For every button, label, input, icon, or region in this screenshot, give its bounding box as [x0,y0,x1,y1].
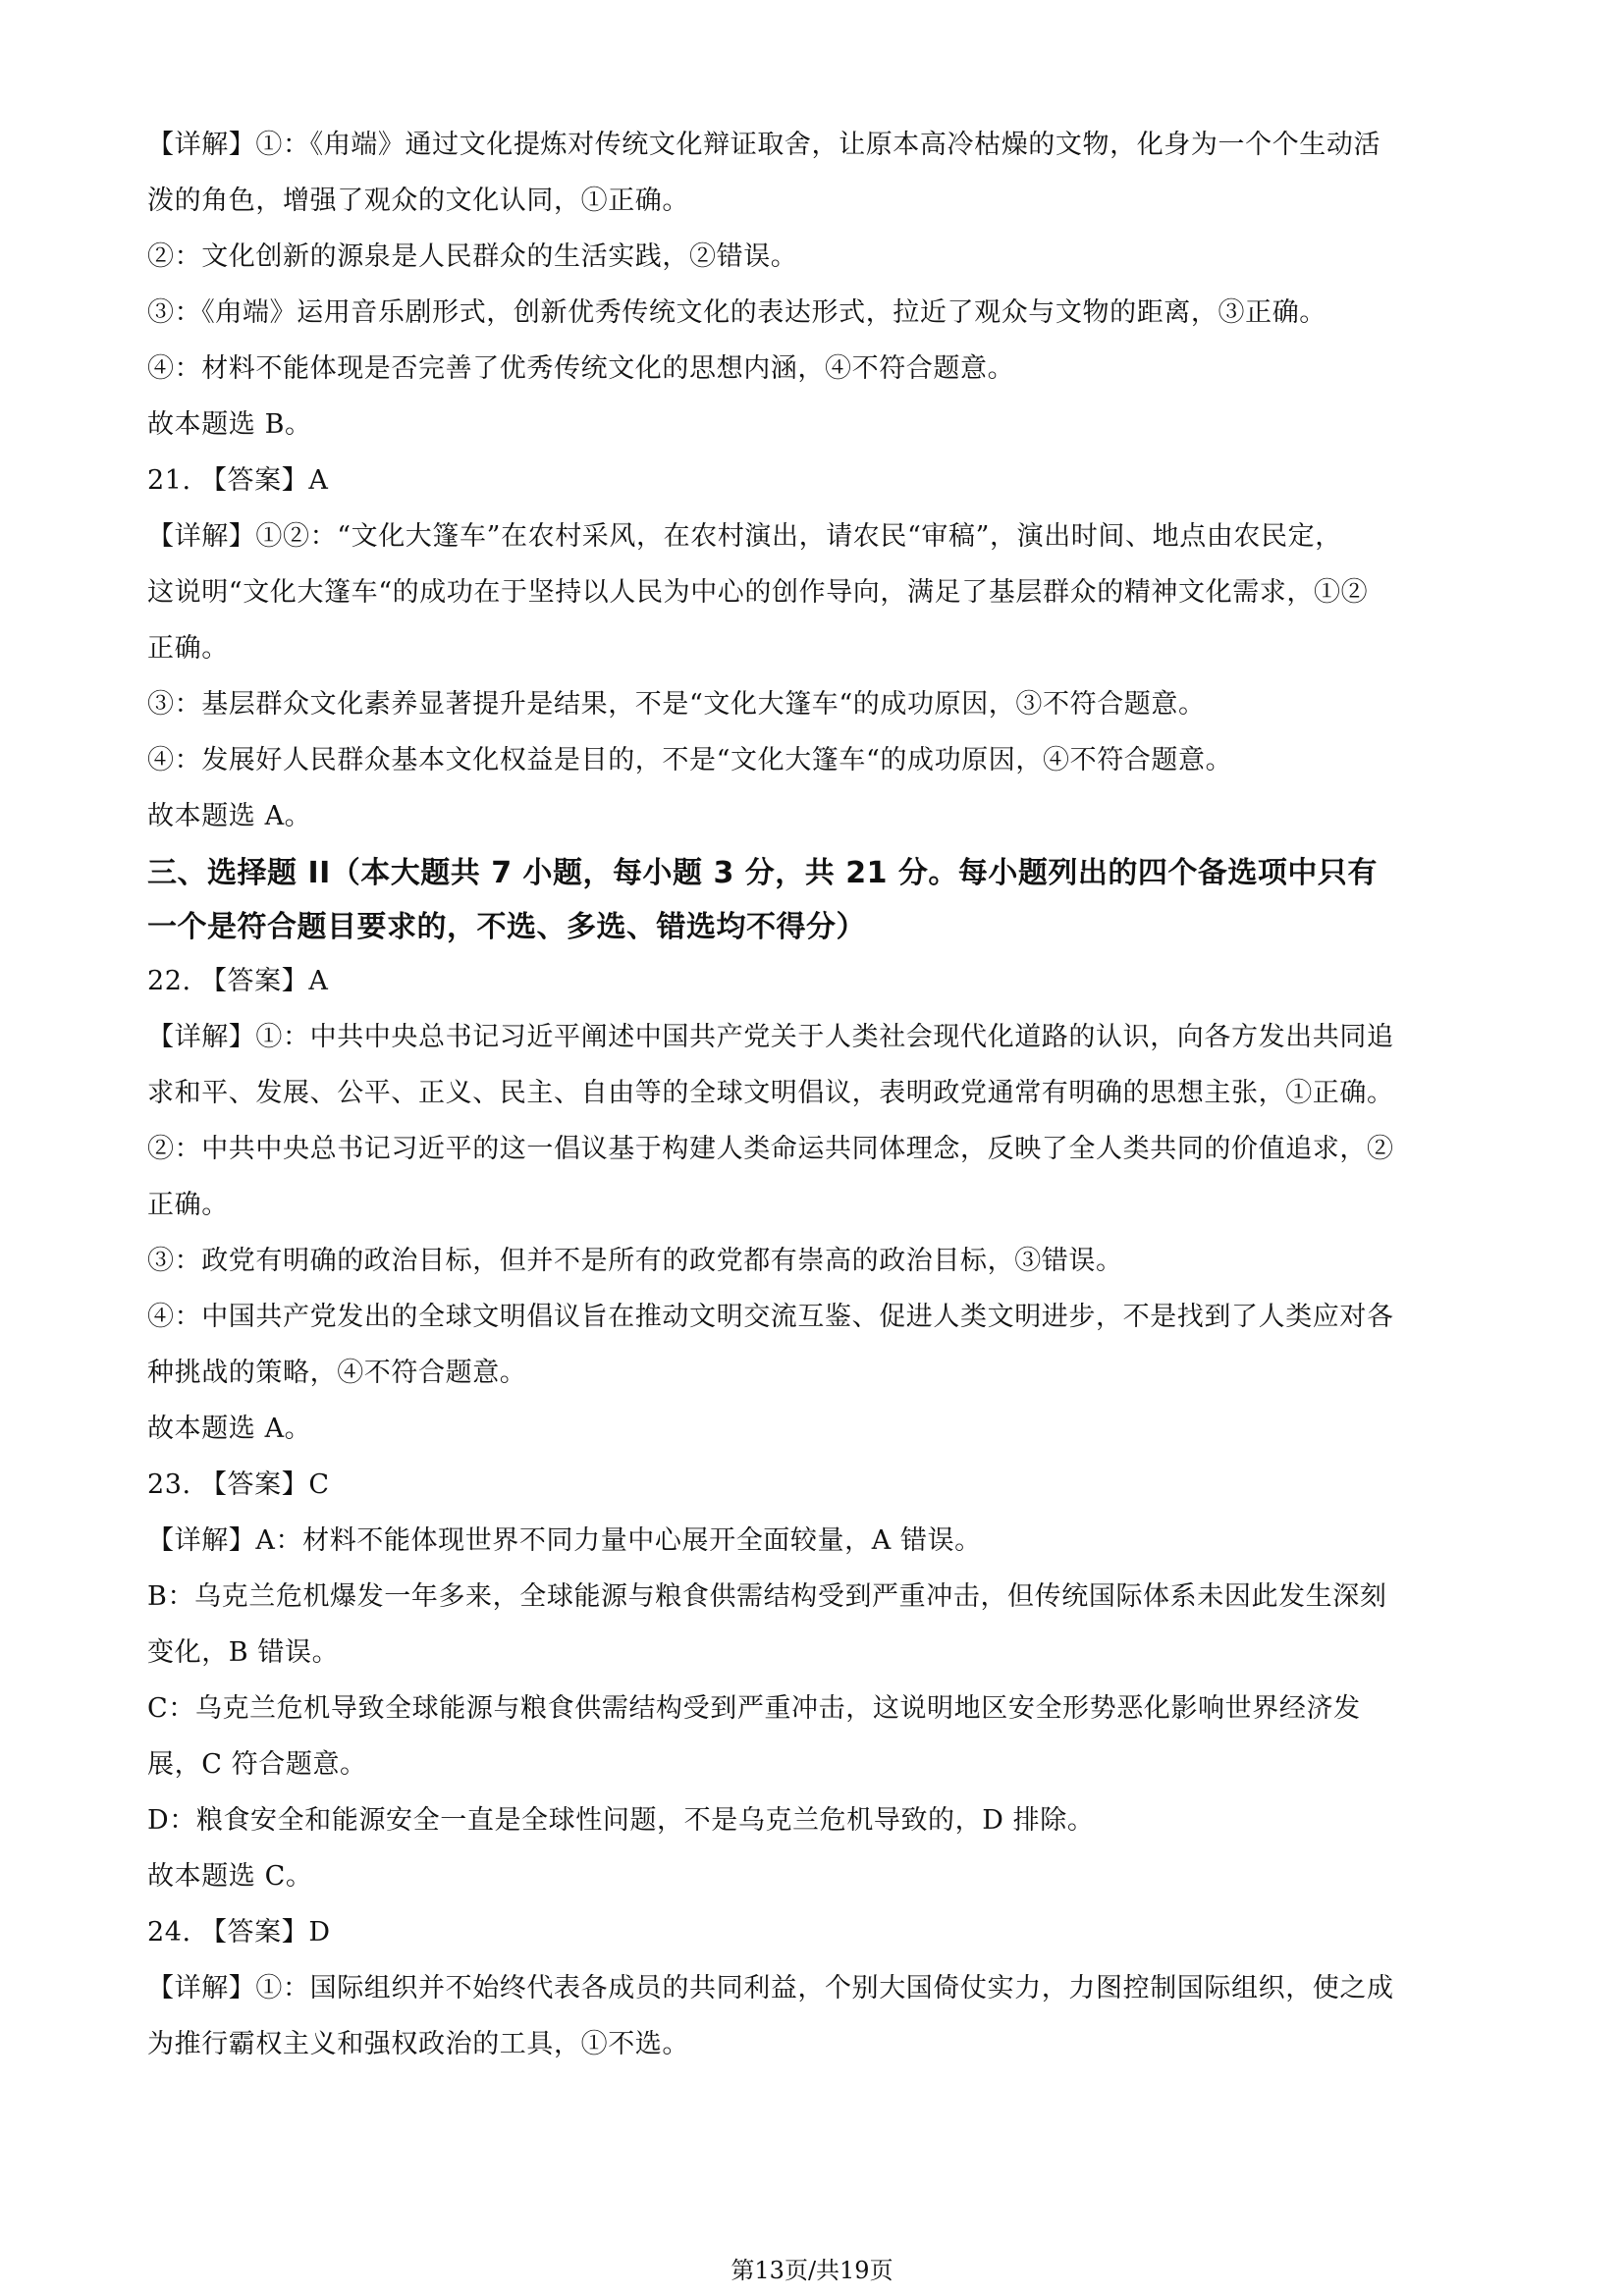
q22-detail-line: 【详解】①：中共中央总书记习近平阐述中国共产党关于人类社会现代化道路的认识，向各… [147,1020,1483,1055]
q20-detail-line: ④：材料不能体现是否完善了优秀传统文化的思想内涵，④不符合题意。 [147,351,1483,387]
q21-detail-line: 正确。 [147,631,1483,667]
q23-detail-line: 变化，B 错误。 [147,1635,1483,1671]
section-heading: 一个是符合题目要求的，不选、多选、错选均不得分） [147,908,1502,947]
q21-conclusion: 故本题选 A。 [147,799,1483,834]
q20-detail-line: 泼的角色，增强了观众的文化认同，①正确。 [147,184,1483,219]
q20-detail-line: ③：《甪端》运用音乐剧形式，创新优秀传统文化的表达形式，拉近了观众与文物的距离，… [147,295,1483,331]
q22-detail-line: 正确。 [147,1188,1483,1223]
q23-detail-line: D：粮食安全和能源安全一直是全球性问题，不是乌克兰危机导致的，D 排除。 [147,1803,1483,1839]
q20-detail-line: ②：文化创新的源泉是人民群众的生活实践，②错误。 [147,240,1483,275]
q21-answer: 21. 【答案】A [147,463,1483,499]
q22-answer: 22. 【答案】A [147,964,1483,999]
q24-detail-line: 【详解】①：国际组织并不始终代表各成员的共同利益，个别大国倚仗实力，力图控制国际… [147,1971,1483,2006]
page-number: 第13页/共19页 [0,2256,1624,2285]
q22-detail-line: ②：中共中央总书记习近平的这一倡议基于构建人类命运共同体理念，反映了全人类共同的… [147,1132,1483,1167]
document-page: 【详解】①：《甪端》通过文化提炼对传统文化辩证取舍，让原本高冷枯燥的文物，化身为… [0,0,1624,2296]
q23-detail-line: 展，C 符合题意。 [147,1747,1483,1783]
q22-detail-line: 求和平、发展、公平、正义、民主、自由等的全球文明倡议，表明政党通常有明确的思想主… [147,1076,1483,1111]
q23-detail-line: C：乌克兰危机导致全球能源与粮食供需结构受到严重冲击，这说明地区安全形势恶化影响… [147,1691,1483,1727]
q23-detail-line: B：乌克兰危机爆发一年多来，全球能源与粮食供需结构受到严重冲击，但传统国际体系未… [147,1579,1483,1615]
q22-detail-line: 种挑战的策略，④不符合题意。 [147,1356,1483,1391]
q21-detail-line: ③：基层群众文化素养显著提升是结果，不是“文化大篷车“的成功原因，③不符合题意。 [147,687,1483,722]
section-heading: 三、选择题 II（本大题共 7 小题，每小题 3 分，共 21 分。每小题列出的… [147,854,1502,893]
q22-detail-line: ③：政党有明确的政治目标，但并不是所有的政党都有崇高的政治目标，③错误。 [147,1244,1483,1279]
q20-detail-line: 【详解】①：《甪端》通过文化提炼对传统文化辩证取舍，让原本高冷枯燥的文物，化身为… [147,128,1483,163]
q21-detail-line: 这说明“文化大篷车“的成功在于坚持以人民为中心的创作导向，满足了基层群众的精神文… [147,575,1483,611]
q23-answer: 23. 【答案】C [147,1468,1483,1503]
q22-detail-line: ④：中国共产党发出的全球文明倡议旨在推动文明交流互鉴、促进人类文明进步，不是找到… [147,1300,1483,1335]
q23-detail-line: 【详解】A：材料不能体现世界不同力量中心展开全面较量，A 错误。 [147,1523,1483,1559]
q24-detail-line: 为推行霸权主义和强权政治的工具，①不选。 [147,2027,1483,2062]
q24-answer: 24. 【答案】D [147,1915,1483,1950]
q20-conclusion: 故本题选 B。 [147,407,1483,443]
q23-conclusion: 故本题选 C。 [147,1859,1483,1895]
q22-conclusion: 故本题选 A。 [147,1412,1483,1447]
q21-detail-line: ④：发展好人民群众基本文化权益是目的，不是“文化大篷车“的成功原因，④不符合题意… [147,743,1483,778]
q21-detail-line: 【详解】①②：“文化大篷车”在农村采风，在农村演出，请农民“审稿”，演出时间、地… [147,519,1483,555]
